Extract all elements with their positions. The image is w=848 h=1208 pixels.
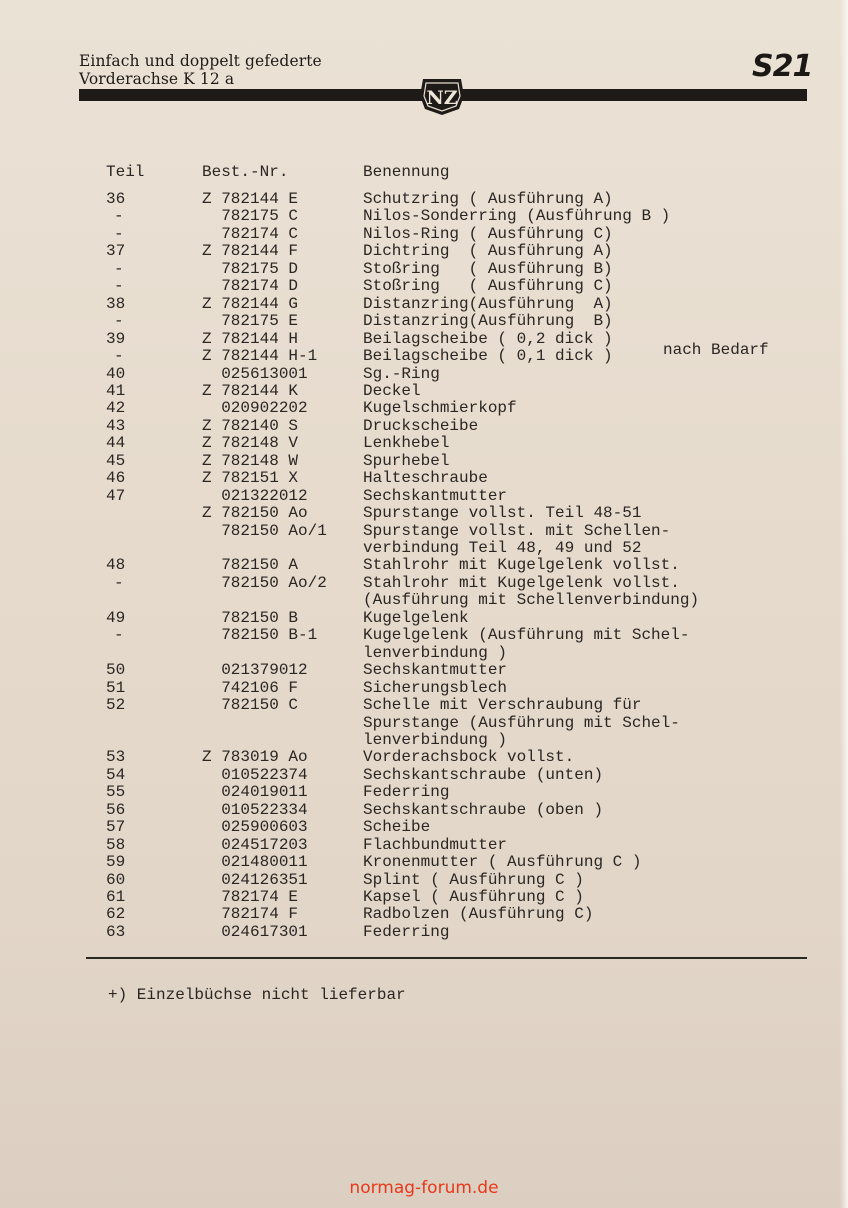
- row-best-nr: 782150 A: [202, 557, 298, 575]
- row-best-nr: Z 782144 F: [202, 243, 298, 261]
- row-teil: 56: [106, 802, 125, 820]
- title-line-1: Einfach und doppelt gefederte: [79, 52, 322, 70]
- row-best-nr: 782150 Ao/1: [202, 523, 327, 541]
- row-benennung: Kugelschmierkopf: [363, 400, 517, 418]
- row-best-nr: Z 782144 H-1: [202, 348, 317, 366]
- row-teil: -: [114, 226, 124, 244]
- row-best-nr: 010522334: [202, 802, 308, 820]
- row-benennung: Spurhebel: [363, 453, 449, 471]
- row-teil: 53: [106, 749, 125, 767]
- row-best-nr: 782174 C: [202, 226, 298, 244]
- row-best-nr: 782150 B-1: [202, 627, 317, 645]
- row-teil: 52: [106, 697, 125, 715]
- row-teil: 59: [106, 854, 125, 872]
- row-best-nr: 024126351: [202, 872, 308, 890]
- row-benennung: Lenkhebel: [363, 435, 449, 453]
- row-benennung: (Ausführung mit Schellenverbindung): [363, 592, 699, 610]
- row-benennung: lenverbindung ): [363, 645, 507, 663]
- column-header-best-nr: Best.-Nr.: [202, 164, 288, 182]
- row-teil: 61: [106, 889, 125, 907]
- nz-logo-icon: NZ: [419, 76, 465, 116]
- row-benennung: Splint ( Ausführung C ): [363, 872, 584, 890]
- column-header-benennung: Benennung: [363, 164, 449, 182]
- watermark-link[interactable]: normag-forum.de: [0, 1178, 848, 1198]
- row-teil: -: [114, 313, 124, 331]
- row-teil: 45: [106, 453, 125, 471]
- row-benennung: Sechskantmutter: [363, 662, 507, 680]
- row-teil: -: [114, 575, 124, 593]
- row-teil: -: [114, 208, 124, 226]
- row-benennung: Deckel: [363, 383, 421, 401]
- row-teil: -: [114, 348, 124, 366]
- row-best-nr: 020902202: [202, 400, 308, 418]
- row-benennung: Kugelgelenk: [363, 610, 469, 628]
- row-best-nr: 742106 F: [202, 680, 298, 698]
- row-best-nr: 782175 D: [202, 261, 298, 279]
- row-teil: 50: [106, 662, 125, 680]
- row-best-nr: 024517203: [202, 837, 308, 855]
- row-teil: 39: [106, 331, 125, 349]
- row-teil: 49: [106, 610, 125, 628]
- row-benennung: Sechskantschraube (oben ): [363, 802, 603, 820]
- row-benennung: Spurstange (Ausführung mit Schel-: [363, 715, 680, 733]
- row-best-nr: Z 782148 V: [202, 435, 298, 453]
- svg-text:NZ: NZ: [426, 87, 457, 109]
- row-best-nr: 024617301: [202, 924, 308, 942]
- row-best-nr: 010522374: [202, 767, 308, 785]
- title-line-2: Vorderachse K 12 a: [79, 70, 322, 88]
- row-teil: 40: [106, 366, 125, 384]
- row-best-nr: 782174 D: [202, 278, 298, 296]
- row-best-nr: Z 783019 Ao: [202, 749, 308, 767]
- row-best-nr: Z 782150 Ao: [202, 505, 308, 523]
- row-benennung: Federring: [363, 784, 449, 802]
- row-benennung: Nilos-Sonderring (Ausführung B ): [363, 208, 670, 226]
- row-benennung: Stahlrohr mit Kugelgelenk vollst.: [363, 575, 680, 593]
- row-benennung: Schutzring ( Ausführung A): [363, 191, 613, 209]
- row-benennung: Halteschraube: [363, 470, 488, 488]
- row-teil: 41: [106, 383, 125, 401]
- bracket-note: nach Bedarf: [663, 341, 769, 359]
- row-teil: -: [114, 627, 124, 645]
- row-best-nr: Z 782144 E: [202, 191, 298, 209]
- row-teil: -: [114, 278, 124, 296]
- row-best-nr: Z 782148 W: [202, 453, 298, 471]
- row-best-nr: 782174 F: [202, 906, 298, 924]
- row-benennung: Scheibe: [363, 819, 430, 837]
- row-teil: 48: [106, 557, 125, 575]
- row-best-nr: Z 782144 G: [202, 296, 298, 314]
- row-best-nr: Z 782144 H: [202, 331, 298, 349]
- row-teil: 55: [106, 784, 125, 802]
- row-benennung: Sechskantschraube (unten): [363, 767, 603, 785]
- row-teil: 42: [106, 400, 125, 418]
- row-benennung: Kapsel ( Ausführung C ): [363, 889, 584, 907]
- row-benennung: lenverbindung ): [363, 732, 507, 750]
- row-teil: 46: [106, 470, 125, 488]
- row-teil: 51: [106, 680, 125, 698]
- row-teil: 37: [106, 243, 125, 261]
- separator-line: [86, 957, 807, 959]
- row-benennung: Stahlrohr mit Kugelgelenk vollst.: [363, 557, 680, 575]
- row-best-nr: 021322012: [202, 488, 308, 506]
- row-benennung: Spurstange vollst. mit Schellen-: [363, 523, 670, 541]
- row-benennung: Flachbundmutter: [363, 837, 507, 855]
- footnote: +) Einzelbüchse nicht lieferbar: [108, 986, 406, 1004]
- row-benennung: Schelle mit Verschraubung für: [363, 697, 641, 715]
- row-teil: 38: [106, 296, 125, 314]
- row-benennung: Distanzring(Ausführung B): [363, 313, 613, 331]
- row-benennung: Kronenmutter ( Ausführung C ): [363, 854, 641, 872]
- document-title: Einfach und doppelt gefederte Vorderachs…: [79, 52, 322, 88]
- row-teil: 47: [106, 488, 125, 506]
- page-edge: [840, 0, 848, 1208]
- row-best-nr: 782150 C: [202, 697, 298, 715]
- row-benennung: Nilos-Ring ( Ausführung C): [363, 226, 613, 244]
- row-best-nr: 021480011: [202, 854, 308, 872]
- row-best-nr: Z 782151 X: [202, 470, 298, 488]
- row-best-nr: 025900603: [202, 819, 308, 837]
- row-teil: 54: [106, 767, 125, 785]
- row-teil: 58: [106, 837, 125, 855]
- row-teil: 36: [106, 191, 125, 209]
- row-teil: 63: [106, 924, 125, 942]
- row-best-nr: 025613001: [202, 366, 308, 384]
- row-benennung: Radbolzen (Ausführung C): [363, 906, 593, 924]
- row-benennung: Stoßring ( Ausführung C): [363, 278, 613, 296]
- row-benennung: Sg.-Ring: [363, 366, 440, 384]
- row-best-nr: 024019011: [202, 784, 308, 802]
- column-header-teil: Teil: [106, 164, 144, 182]
- row-best-nr: 782175 E: [202, 313, 298, 331]
- row-benennung: Spurstange vollst. Teil 48-51: [363, 505, 641, 523]
- row-benennung: Druckscheibe: [363, 418, 478, 436]
- row-teil: 62: [106, 906, 125, 924]
- row-benennung: Sicherungsblech: [363, 680, 507, 698]
- row-best-nr: 782174 E: [202, 889, 298, 907]
- row-best-nr: Z 782144 K: [202, 383, 298, 401]
- row-teil: -: [114, 261, 124, 279]
- row-benennung: Federring: [363, 924, 449, 942]
- row-best-nr: Z 782140 S: [202, 418, 298, 436]
- row-best-nr: 782175 C: [202, 208, 298, 226]
- row-teil: 57: [106, 819, 125, 837]
- row-benennung: Kugelgelenk (Ausführung mit Schel-: [363, 627, 689, 645]
- row-benennung: Beilagscheibe ( 0,1 dick ): [363, 348, 613, 366]
- page-number: S21: [752, 49, 812, 85]
- row-teil: 44: [106, 435, 125, 453]
- row-best-nr: 782150 Ao/2: [202, 575, 327, 593]
- row-benennung: Distanzring(Ausführung A): [363, 296, 613, 314]
- row-benennung: Dichtring ( Ausführung A): [363, 243, 613, 261]
- row-best-nr: 782150 B: [202, 610, 298, 628]
- row-best-nr: 021379012: [202, 662, 308, 680]
- row-benennung: Stoßring ( Ausführung B): [363, 261, 613, 279]
- row-benennung: Beilagscheibe ( 0,2 dick ): [363, 331, 613, 349]
- row-benennung: verbindung Teil 48, 49 und 52: [363, 540, 641, 558]
- row-benennung: Vorderachsbock vollst.: [363, 749, 574, 767]
- row-benennung: Sechskantmutter: [363, 488, 507, 506]
- row-teil: 60: [106, 872, 125, 890]
- row-teil: 43: [106, 418, 125, 436]
